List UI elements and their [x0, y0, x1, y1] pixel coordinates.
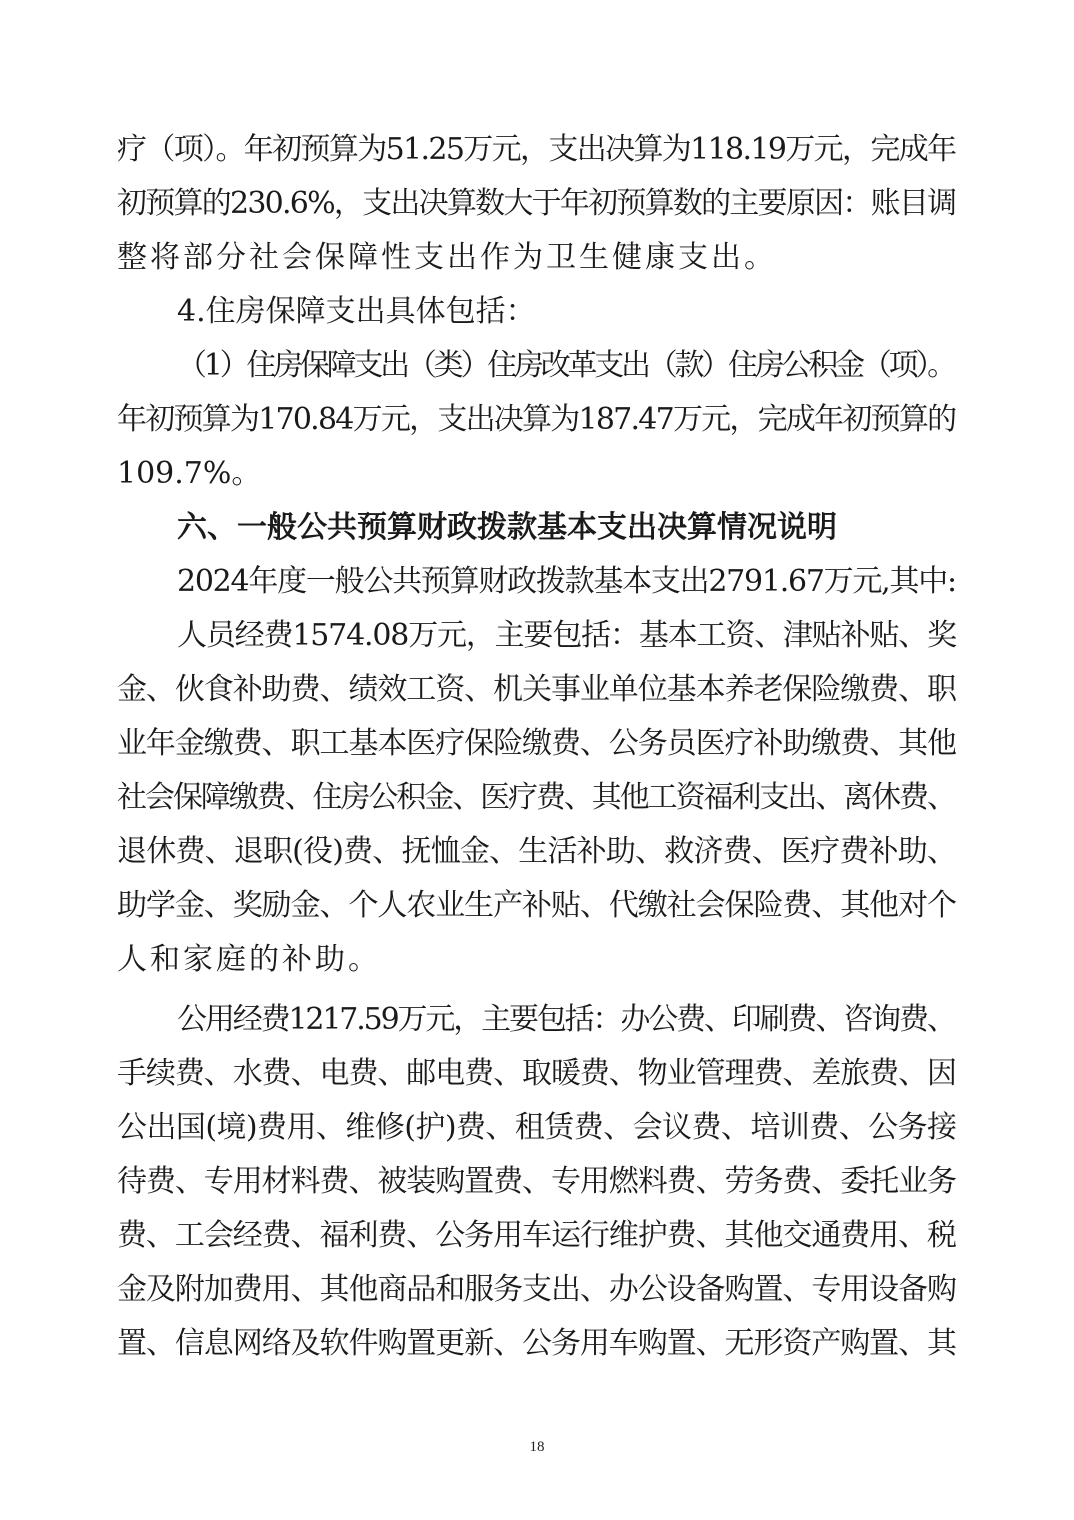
- paragraph-line: 公用经费1217.59万元，主要包括：办公费、印刷费、咨询费、: [177, 1000, 957, 1040]
- subsection-heading: 4.住房保障支出具体包括：: [177, 292, 957, 332]
- paragraph-line: 初预算的230.6%，支出决算数大于年初预算数的主要原因：账目调: [117, 184, 957, 224]
- section-heading: 六、一般公共预算财政拨款基本支出决算情况说明: [177, 508, 957, 548]
- paragraph-line: 退休费、退职(役)费、抚恤金、生活补助、救济费、医疗费补助、: [117, 832, 957, 872]
- paragraph-line: 疗（项）。年初预算为51.25万元，支出决算为118.19万元，完成年: [117, 130, 957, 170]
- paragraph-line: 置、信息网络及软件购置更新、公务用车购置、无形资产购置、其: [117, 1324, 957, 1364]
- paragraph-line: 助学金、奖励金、个人农业生产补贴、代缴社会保险费、其他对个: [117, 886, 957, 926]
- paragraph-line: （1）住房保障支出（类）住房改革支出（款）住房公积金（项）。: [177, 346, 957, 386]
- paragraph-line: 金、伙食补助费、绩效工资、机关事业单位基本养老保险缴费、职: [117, 670, 957, 710]
- paragraph-line: 待费、专用材料费、被装购置费、专用燃料费、劳务费、委托业务: [117, 1162, 957, 1202]
- paragraph-line: 整将部分社会保障性支出作为卫生健康支出。: [117, 238, 957, 278]
- paragraph-line: 手续费、水费、电费、邮电费、取暖费、物业管理费、差旅费、因: [117, 1054, 957, 1094]
- paragraph-line: 2024年度一般公共预算财政拨款基本支出2791.67万元,其中:: [177, 562, 957, 602]
- paragraph-line: 费、工会经费、福利费、公务用车运行维护费、其他交通费用、税: [117, 1216, 957, 1256]
- paragraph-line: 金及附加费用、其他商品和服务支出、办公设备购置、专用设备购: [117, 1270, 957, 1310]
- paragraph-line: 公出国(境)费用、维修(护)费、租赁费、会议费、培训费、公务接: [117, 1108, 957, 1148]
- paragraph-line: 人和家庭的补助。: [117, 940, 957, 980]
- page-number: 18: [0, 1437, 1074, 1457]
- paragraph-line: 业年金缴费、职工基本医疗保险缴费、公务员医疗补助缴费、其他: [117, 724, 957, 764]
- document-page: 疗（项）。年初预算为51.25万元，支出决算为118.19万元，完成年 初预算的…: [0, 0, 1074, 1520]
- paragraph-line: 109.7%。: [117, 454, 957, 494]
- paragraph-line: 社会保障缴费、住房公积金、医疗费、其他工资福利支出、离休费、: [117, 778, 957, 818]
- paragraph-line: 年初预算为170.84万元，支出决算为187.47万元，完成年初预算的: [117, 400, 957, 440]
- paragraph-line: 人员经费1574.08万元，主要包括：基本工资、津贴补贴、奖: [177, 616, 957, 656]
